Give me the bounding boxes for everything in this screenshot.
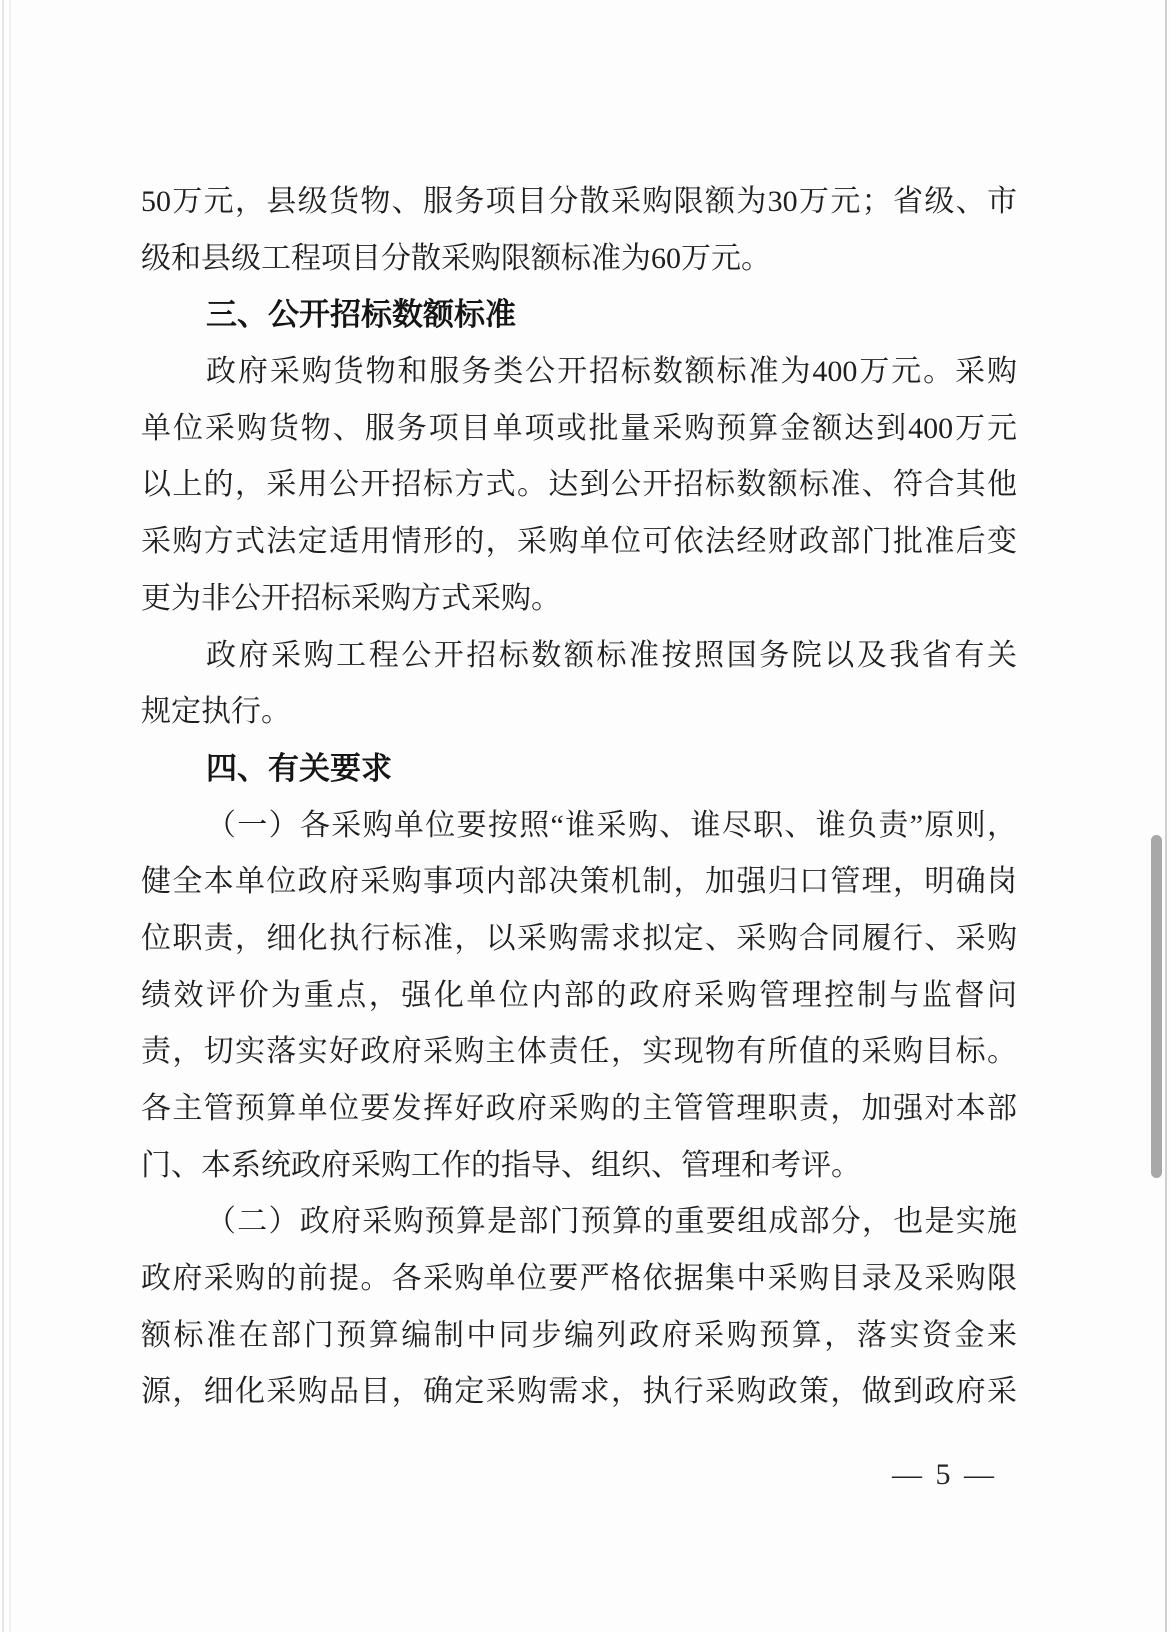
document-line: 责，切实落实好政府采购主体责任，实现物有所值的采购目标。	[141, 1024, 1017, 1081]
page-left-edge-line	[2, 0, 4, 1632]
document-line: 各主管预算单位要发挥好政府采购的主管管理职责，加强对本部	[141, 1081, 1017, 1138]
document-line: 额标准在部门预算编制中同步编列政府采购预算，落实资金来	[141, 1308, 1017, 1365]
document-line: 级和县级工程项目分散采购限额标准为60万元。	[141, 231, 1017, 288]
document-line: 位职责，细化执行标准，以采购需求拟定、采购合同履行、采购	[141, 911, 1017, 968]
page-number: — 5 —	[892, 1458, 997, 1492]
page-left-edge-line-inner	[9, 0, 11, 1632]
section-heading: 四、有关要求	[141, 741, 1017, 798]
document-line: 采购方式法定适用情形的，采购单位可依法经财政部门批准后变	[141, 514, 1017, 571]
document-line: 政府采购工程公开招标数额标准按照国务院以及我省有关	[141, 628, 1017, 685]
document-body: 50万元，县级货物、服务项目分散采购限额为30万元；省级、市级和县级工程项目分散…	[141, 174, 1017, 1421]
viewport-right-border	[1165, 0, 1167, 1632]
document-line: 规定执行。	[141, 684, 1017, 741]
document-line: 健全本单位政府采购事项内部决策机制，加强归口管理，明确岗	[141, 854, 1017, 911]
section-heading: 三、公开招标数额标准	[141, 287, 1017, 344]
document-line: （一）各采购单位要按照“谁采购、谁尽职、谁负责”原则，	[141, 798, 1017, 855]
document-viewer: 50万元，县级货物、服务项目分散采购限额为30万元；省级、市级和县级工程项目分散…	[0, 0, 1170, 1632]
document-line: 更为非公开招标采购方式采购。	[141, 571, 1017, 628]
document-line: （二）政府采购预算是部门预算的重要组成部分，也是实施	[141, 1194, 1017, 1251]
document-line: 绩效评价为重点，强化单位内部的政府采购管理控制与监督问	[141, 968, 1017, 1025]
document-line: 门、本系统政府采购工作的指导、组织、管理和考评。	[141, 1138, 1017, 1195]
document-line: 源，细化采购品目，确定采购需求，执行采购政策，做到政府采	[141, 1364, 1017, 1421]
document-line: 政府采购货物和服务类公开招标数额标准为400万元。采购	[141, 344, 1017, 401]
document-line: 单位采购货物、服务项目单项或批量采购预算金额达到400万元	[141, 401, 1017, 458]
scrollbar-thumb[interactable]	[1151, 835, 1162, 1178]
document-line: 以上的，采用公开招标方式。达到公开招标数额标准、符合其他	[141, 457, 1017, 514]
document-line: 50万元，县级货物、服务项目分散采购限额为30万元；省级、市	[141, 174, 1017, 231]
document-line: 政府采购的前提。各采购单位要严格依据集中采购目录及采购限	[141, 1251, 1017, 1308]
